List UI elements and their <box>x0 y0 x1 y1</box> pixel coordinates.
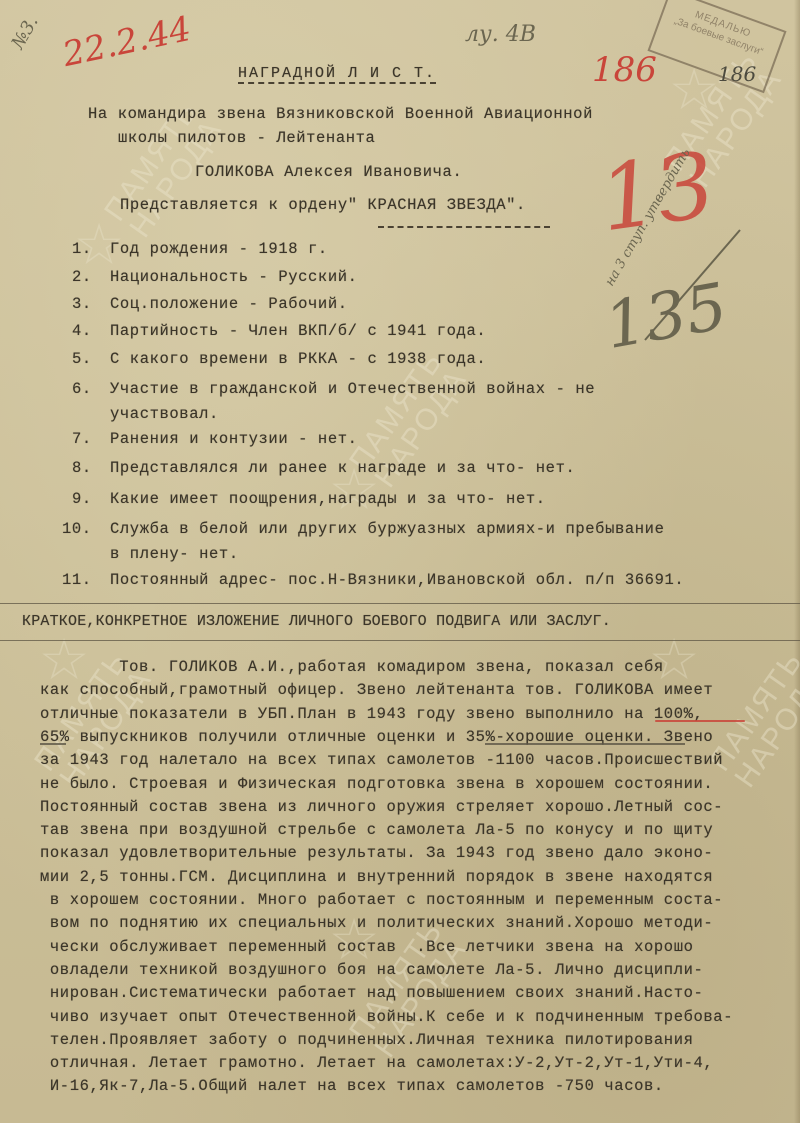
question-number: 2. <box>72 268 92 286</box>
narrative-line: чески обслуживает переменный состав .Все… <box>40 938 694 956</box>
question-text: Соц.положение - Рабочий. <box>110 295 348 313</box>
stamp-number: 186 <box>718 62 756 86</box>
question-text: Год рождения - 1918 г. <box>110 240 328 258</box>
question-number: 6. <box>72 380 92 398</box>
narrative-line: овладели техникой воздушного боя на само… <box>40 961 703 979</box>
question-number: 11. <box>62 571 92 589</box>
question-text-continued: в плену- нет. <box>110 545 239 563</box>
narrative-line: как способный,грамотный офицер. Звено ле… <box>40 681 713 699</box>
narrative-line: отличные показатели в УБП.План в 1943 го… <box>40 705 703 723</box>
pencil-underline-mark <box>485 743 685 745</box>
recipient-name: ГОЛИКОВА Алексея Ивановича. <box>195 163 462 181</box>
narrative-line: за 1943 год налетало на всех типах самол… <box>40 751 723 769</box>
narrative-line: показал удовлетворительные результаты. З… <box>40 844 713 862</box>
question-number: 5. <box>72 350 92 368</box>
page-edge-shadow <box>794 0 800 1123</box>
question-text: Участие в гражданской и Отечественной во… <box>110 380 595 398</box>
question-number: 4. <box>72 322 92 340</box>
pencil-stroke <box>640 225 760 345</box>
narrative-line: отличная. Летает грамотно. Летает на сам… <box>40 1054 713 1072</box>
narrative-line: телен.Проявляет заботу о подчиненных.Лич… <box>40 1031 694 1049</box>
award-underline <box>378 226 550 228</box>
question-text: Национальность - Русский. <box>110 268 358 286</box>
question-number: 3. <box>72 295 92 313</box>
narrative-line: тав звена при воздушной стрельбе с самол… <box>40 821 713 839</box>
header-line-1: На командира звена Вязниковской Военной … <box>88 105 593 123</box>
narrative-line: чиво изучает опыт Отечественной войны.К … <box>40 1008 733 1026</box>
section-heading: КРАТКОЕ,КОНКРЕТНОЕ ИЗЛОЖЕНИЕ ЛИЧНОГО БОЕ… <box>22 613 611 630</box>
question-text: С какого времени в РККА - с 1938 года. <box>110 350 486 368</box>
question-number: 9. <box>72 490 92 508</box>
section-rule-bottom <box>0 640 800 641</box>
header-line-2: школы пилотов - Лейтенанта <box>118 129 375 147</box>
red-number: 186 <box>592 50 657 90</box>
narrative-line: Постоянный состав звена из личного оружи… <box>40 798 723 816</box>
narrative-line: Тов. ГОЛИКОВ А.И.,работая комадиром звен… <box>40 658 664 676</box>
question-text: Постоянный адрес- пос.Н-Вязники,Ивановск… <box>110 571 684 589</box>
pencil-underline-mark <box>40 743 66 745</box>
question-text: Партийность - Член ВКП/б/ с 1941 года. <box>110 322 486 340</box>
question-text: Какие имеет поощрения,награды и за что- … <box>110 490 546 508</box>
question-number: 7. <box>72 430 92 448</box>
question-text-continued: участвовал. <box>110 405 219 423</box>
narrative-line: нирован.Систематически работает над повы… <box>40 984 703 1002</box>
narrative-line: вом по поднятию их специальных и политич… <box>40 914 713 932</box>
question-text: Представлялся ли ранее к награде и за чт… <box>110 459 575 477</box>
question-number: 10. <box>62 520 92 538</box>
question-text: Служба в белой или других буржуазных арм… <box>110 520 664 538</box>
narrative-line: И-16,Як-7,Ла-5.Общий налет на всех типах… <box>40 1077 664 1095</box>
document-title: НАГРАДНОЙ Л И С Т. <box>238 65 436 82</box>
question-number: 8. <box>72 459 92 477</box>
section-rule-top <box>0 603 800 604</box>
red-underline-mark <box>655 720 745 722</box>
narrative-line: в хорошем состоянии. Много работает с по… <box>40 891 723 909</box>
narrative-line: мии 2,5 тонны.ГСМ. Дисциплина и внутренн… <box>40 868 713 886</box>
question-number: 1. <box>72 240 92 258</box>
question-text: Ранения и контузии - нет. <box>110 430 358 448</box>
narrative-line: не было. Строевая и Физическая подготовк… <box>40 775 713 793</box>
pencil-ref: лу. 4В <box>465 22 536 47</box>
award-line: Представляется к ордену" КРАСНАЯ ЗВЕЗДА"… <box>120 196 526 214</box>
